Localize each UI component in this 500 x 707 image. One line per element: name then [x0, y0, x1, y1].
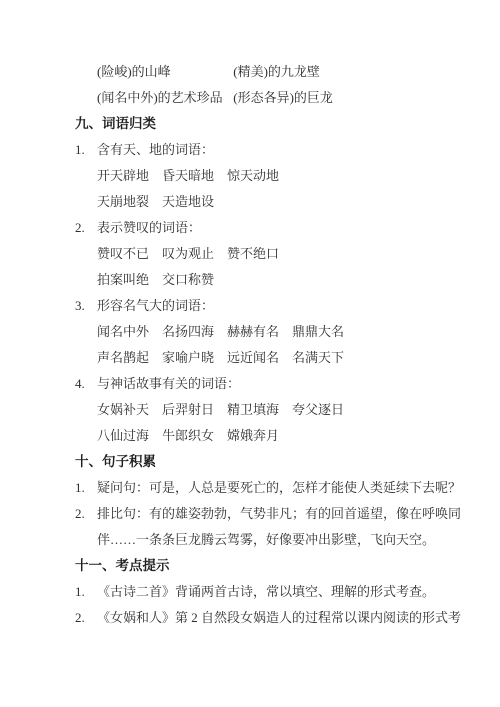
word: 赫赫有名	[227, 319, 279, 345]
item-label: 形容名气大的词语：	[97, 298, 214, 313]
phrase-pair-row: (闻名中外)的艺术珍品 (形态各异)的巨龙	[97, 85, 500, 111]
word: 名满天下	[292, 345, 344, 371]
document-page: (险峻)的山峰 (精美)的九龙壁 (闻名中外)的艺术珍品 (形态各异)的巨龙 九…	[0, 0, 500, 707]
phrase-pair-row: (险峻)的山峰 (精美)的九龙壁	[97, 59, 500, 85]
sentence-line: 《古诗二首》背诵两首古诗，常以填空、理解的形式考查。	[97, 584, 435, 599]
word: 嫦娥奔月	[227, 423, 279, 449]
item-label: 表示赞叹的词语：	[97, 220, 201, 235]
continuation-line: 伴……一条条巨龙腾云驾雾，好像要冲出影壁，飞向天空。	[97, 527, 500, 553]
numbered-item: 1.《古诗二首》背诵两首古诗，常以填空、理解的形式考查。	[75, 579, 500, 605]
numbered-item: 2.排比句：有的雄姿勃勃，气势非凡；有的回首遥望，像在呼唤同	[75, 501, 500, 527]
word-list-line: 天崩地裂天造地设	[97, 189, 500, 215]
word: 交口称赞	[162, 267, 214, 293]
sentence-line: 排比句：有的雄姿勃勃，气势非凡；有的回首遥望，像在呼唤同	[97, 506, 461, 521]
word: 夸父逐日	[292, 397, 344, 423]
item-number: 1.	[75, 475, 97, 501]
word: 拍案叫绝	[97, 267, 149, 293]
word: 牛郎织女	[162, 423, 214, 449]
numbered-item: 3.形容名气大的词语：	[75, 293, 500, 319]
word-list-line: 八仙过海牛郎织女嫦娥奔月	[97, 423, 500, 449]
word: 女娲补天	[97, 397, 149, 423]
numbered-item: 1.含有天、地的词语：	[75, 137, 500, 163]
item-number: 1.	[75, 579, 97, 605]
item-number: 4.	[75, 371, 97, 397]
word: 闻名中外	[97, 319, 149, 345]
word: 开天辟地	[97, 163, 149, 189]
word: 声名鹊起	[97, 345, 149, 371]
sentence-line: 《女娲和人》第 2 自然段女娲造人的过程常以课内阅读的形式考	[97, 610, 461, 625]
phrase-right: (形态各异)的巨龙	[233, 90, 333, 105]
word: 昏天暗地	[162, 163, 214, 189]
word-list-line: 赞叹不已叹为观止赞不绝口	[97, 241, 500, 267]
word: 名扬四海	[162, 319, 214, 345]
word: 天造地设	[162, 189, 214, 215]
word-list-line: 女娲补天后羿射日精卫填海夸父逐日	[97, 397, 500, 423]
item-number: 1.	[75, 137, 97, 163]
item-label: 含有天、地的词语：	[97, 142, 214, 157]
sentence-line: 疑问句：可是，人总是要死亡的，怎样才能使人类延续下去呢？	[97, 480, 461, 495]
numbered-item: 2.表示赞叹的词语：	[75, 215, 500, 241]
numbered-item: 2.《女娲和人》第 2 自然段女娲造人的过程常以课内阅读的形式考	[75, 605, 500, 631]
word: 远近闻名	[227, 345, 279, 371]
item-number: 2.	[75, 605, 97, 631]
word: 叹为观止	[162, 241, 214, 267]
word: 赞不绝口	[227, 241, 279, 267]
word: 后羿射日	[162, 397, 214, 423]
word: 八仙过海	[97, 423, 149, 449]
word: 鼎鼎大名	[292, 319, 344, 345]
numbered-item: 4.与神话故事有关的词语：	[75, 371, 500, 397]
word-list-line: 拍案叫绝交口称赞	[97, 267, 500, 293]
phrase-right: (精美)的九龙壁	[233, 64, 320, 79]
item-number: 3.	[75, 293, 97, 319]
word: 天崩地裂	[97, 189, 149, 215]
numbered-item: 1.疑问句：可是，人总是要死亡的，怎样才能使人类延续下去呢？	[75, 475, 500, 501]
section-heading: 十一、考点提示	[75, 553, 500, 579]
item-number: 2.	[75, 215, 97, 241]
word-list-line: 闻名中外名扬四海赫赫有名鼎鼎大名	[97, 319, 500, 345]
word-list-line: 声名鹊起家喻户晓远近闻名名满天下	[97, 345, 500, 371]
word: 家喻户晓	[162, 345, 214, 371]
word: 精卫填海	[227, 397, 279, 423]
item-number: 2.	[75, 501, 97, 527]
section-heading: 九、词语归类	[75, 111, 500, 137]
section-heading: 十、句子积累	[75, 449, 500, 475]
word-list-line: 开天辟地昏天暗地惊天动地	[97, 163, 500, 189]
item-label: 与神话故事有关的词语：	[97, 376, 240, 391]
phrase-left: (险峻)的山峰	[97, 59, 230, 85]
word: 赞叹不已	[97, 241, 149, 267]
phrase-left: (闻名中外)的艺术珍品	[97, 85, 230, 111]
word: 惊天动地	[227, 163, 279, 189]
